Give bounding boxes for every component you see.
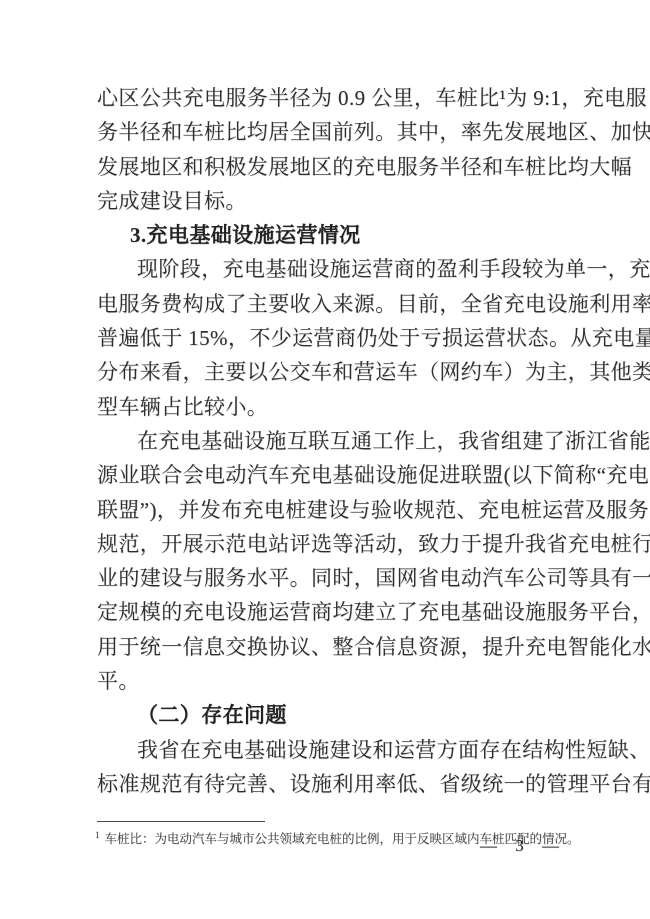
text-line: 用于统一信息交换协议、整合信息资源，提升充电智能化水 bbox=[97, 630, 570, 664]
text-line: 标准规范有待完善、设施利用率低、省级统一的管理平台有 bbox=[97, 767, 570, 801]
text-line: 务半径和车桩比均居全国前列。其中，率先发展地区、加快 bbox=[97, 115, 570, 149]
text-line: 在充电基础设施互联互通工作上，我省组建了浙江省能 bbox=[97, 424, 570, 458]
text-line: 规范，开展示范电站评选等活动，致力于提升我省充电桩行 bbox=[97, 527, 570, 561]
text-line: 业的建设与服务水平。同时，国网省电动汽车公司等具有一 bbox=[97, 561, 570, 595]
text-line: 联盟”)，并发布充电桩建设与验收规范、充电桩运营及服务 bbox=[97, 493, 570, 527]
text-line: 完成建设目标。 bbox=[97, 184, 570, 218]
text-line: 型车辆占比较小。 bbox=[97, 390, 570, 424]
page-body-text: 心区公共充电服务半径为 0.9 公里，车桩比¹为 9:1，充电服 务半径和车桩比… bbox=[97, 81, 570, 801]
text-line: 现阶段，充电基础设施运营商的盈利手段较为单一，充 bbox=[97, 252, 570, 286]
text-line: 心区公共充电服务半径为 0.9 公里，车桩比¹为 9:1，充电服 bbox=[97, 81, 570, 115]
text-line: 我省在充电基础设施建设和运营方面存在结构性短缺、 bbox=[97, 733, 570, 767]
footnote-divider bbox=[97, 821, 265, 822]
section-heading: （二）存在问题 bbox=[97, 698, 570, 732]
text-line: 普遍低于 15%，不少运营商仍处于亏损运营状态。从充电量 bbox=[97, 321, 570, 355]
text-line: 分布来看，主要以公交车和营运车（网约车）为主，其他类 bbox=[97, 355, 570, 389]
document-page: 心区公共充电服务半径为 0.9 公里，车桩比¹为 9:1，充电服 务半径和车桩比… bbox=[0, 0, 650, 919]
section-heading: 3.充电基础设施运营情况 bbox=[97, 218, 570, 252]
text-line: 源业联合会电动汽车充电基础设施促进联盟(以下简称“充电 bbox=[97, 458, 570, 492]
text-line: 平。 bbox=[97, 664, 570, 698]
text-line: 定规模的充电设施运营商均建立了充电基础设施服务平台， bbox=[97, 595, 570, 629]
text-line: 电服务费构成了主要收入来源。目前，全省充电设施利用率 bbox=[97, 287, 570, 321]
text-line: 发展地区和积极发展地区的充电服务半径和车桩比均大幅 bbox=[97, 150, 570, 184]
page-number: — 3 — bbox=[480, 836, 566, 856]
footnote-marker: 1 bbox=[95, 830, 100, 840]
